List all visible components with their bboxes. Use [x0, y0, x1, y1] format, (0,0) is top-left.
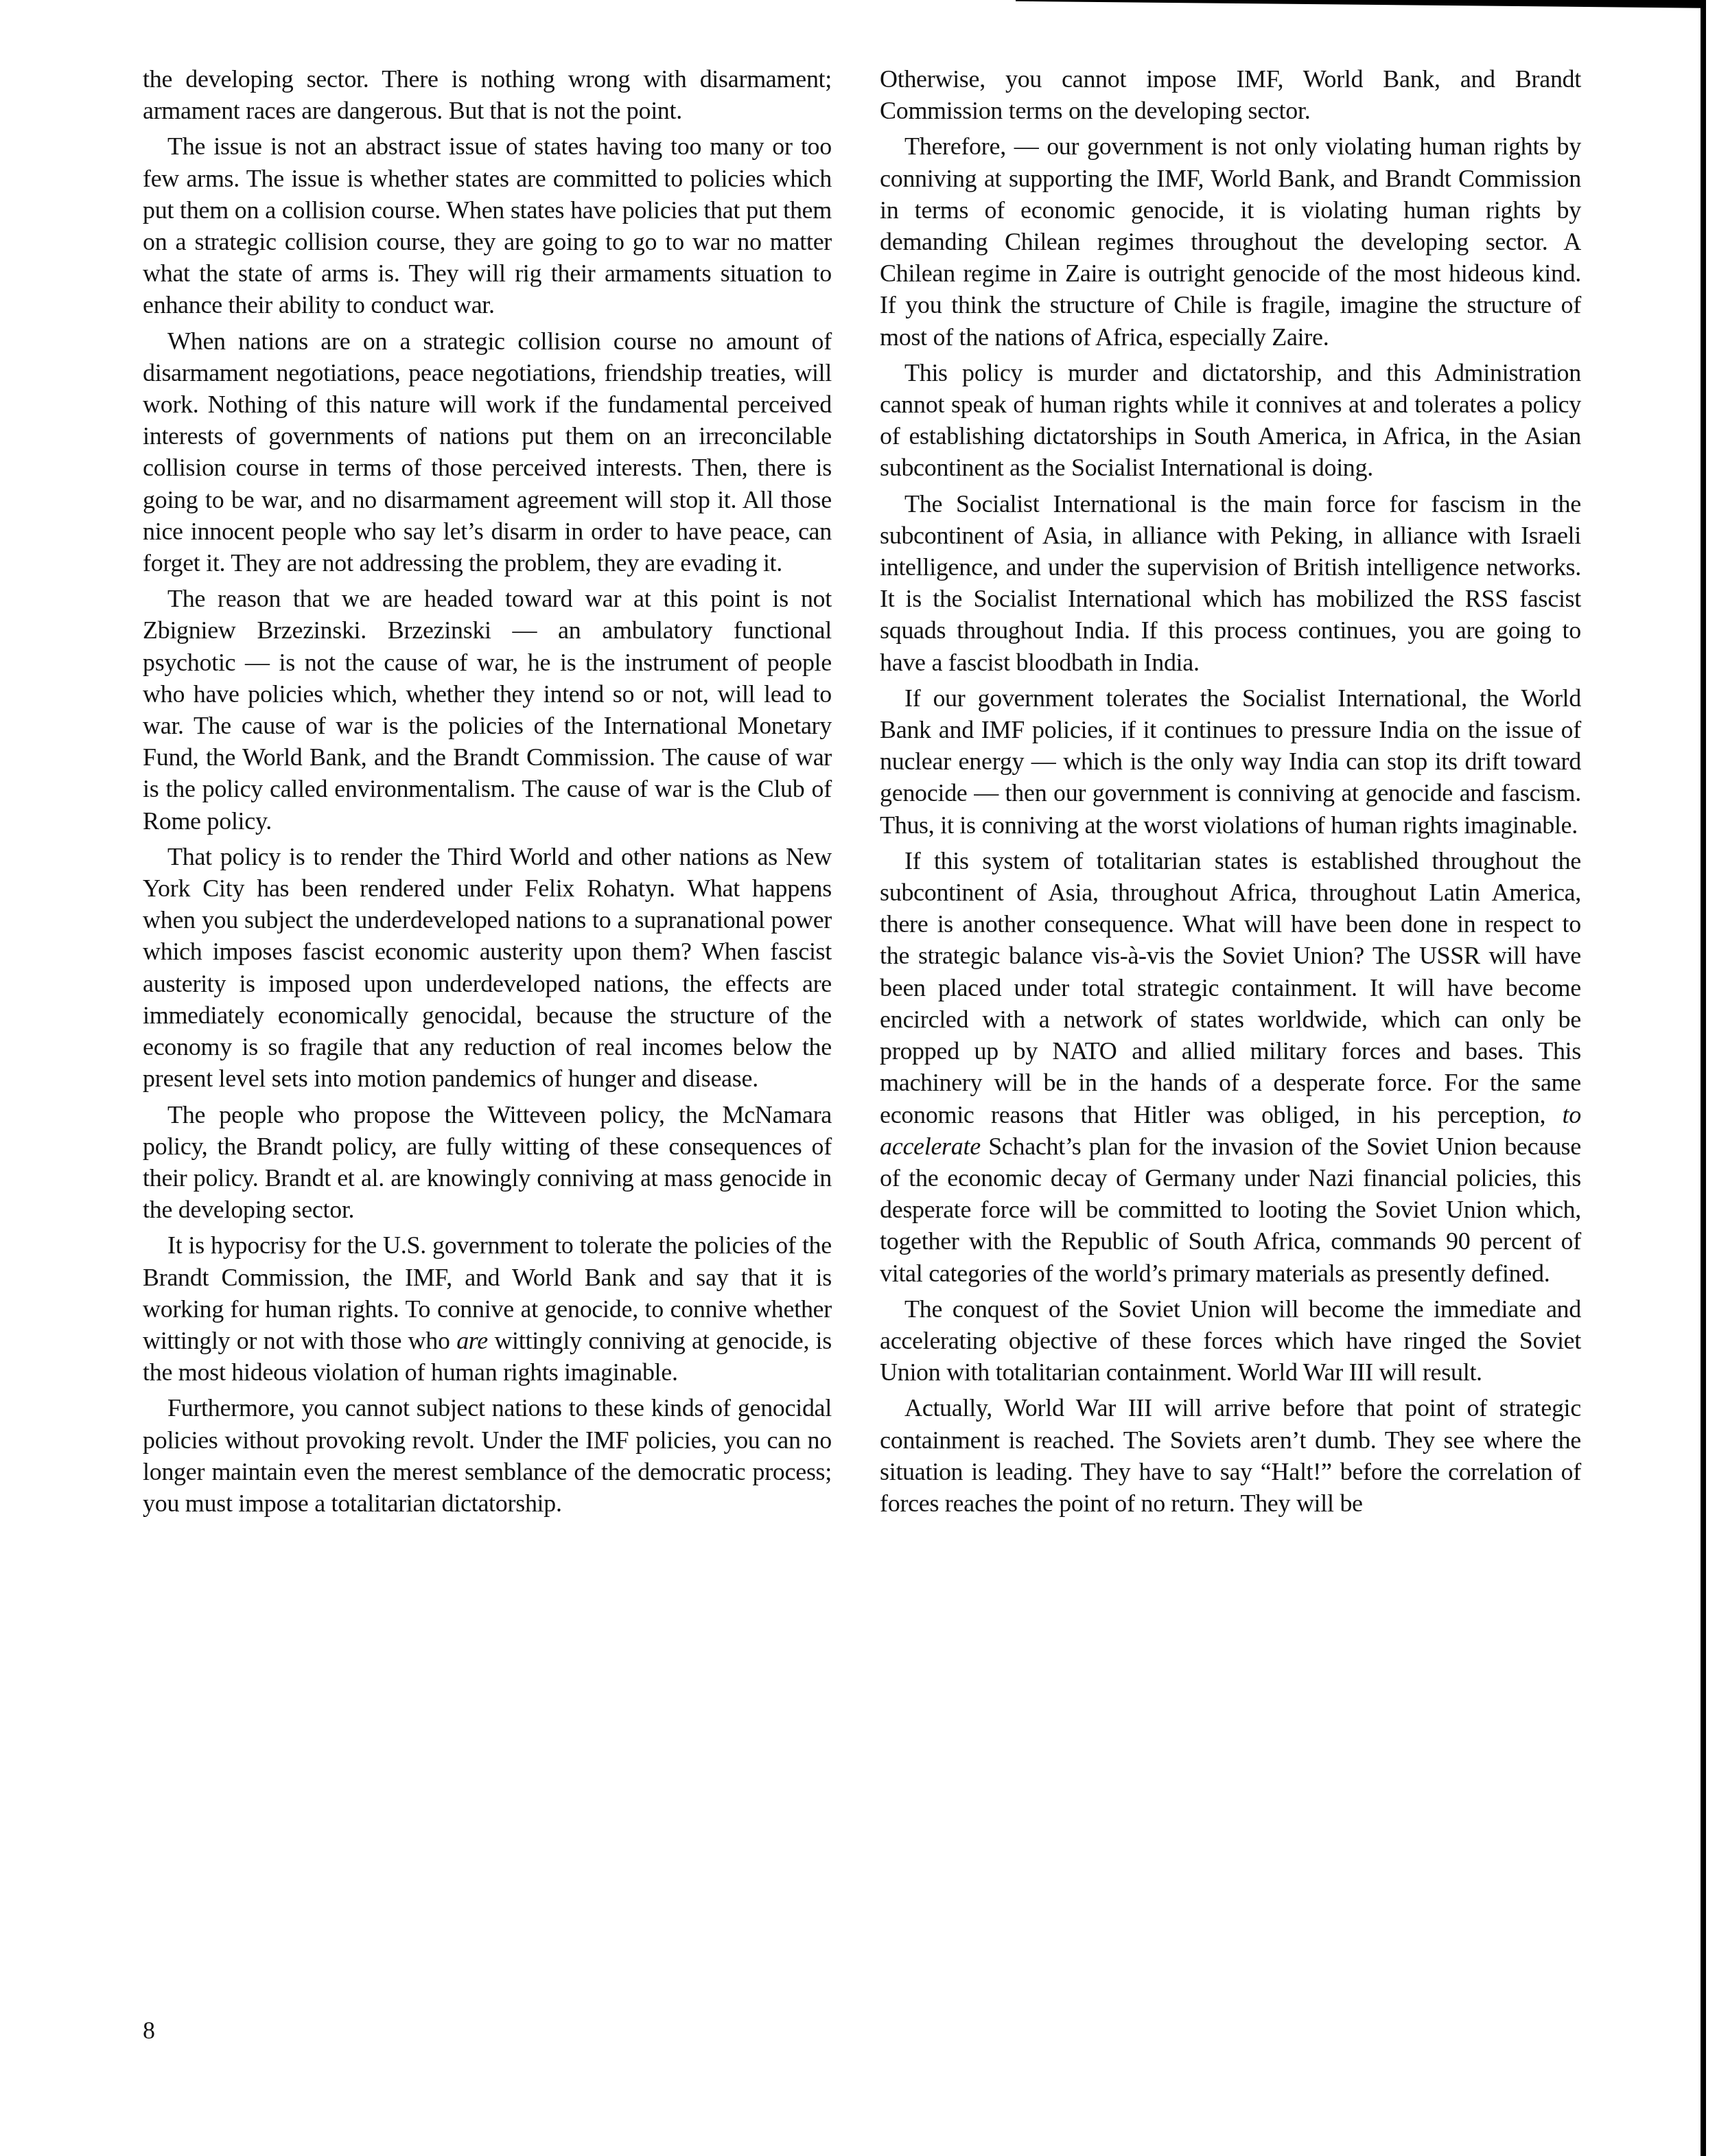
paragraph: The Socialist International is the main … [880, 488, 1581, 678]
paragraph: When nations are on a strategic collisio… [143, 325, 832, 579]
paragraph: The conquest of the Soviet Union will be… [880, 1293, 1581, 1389]
left-column: the developing sector. There is nothing … [143, 63, 832, 1523]
scan-margin-right [1706, 0, 1717, 2156]
paragraph: It is hypocrisy for the U.S. government … [143, 1229, 832, 1388]
paragraph: The issue is not an abstract issue of st… [143, 130, 832, 321]
right-column: Otherwise, you cannot impose IMF, World … [880, 63, 1581, 1523]
paragraph: The reason that we are headed toward war… [143, 583, 832, 837]
scan-border-right [1701, 0, 1706, 2156]
paragraph: Actually, World War III will arrive befo… [880, 1392, 1581, 1519]
paragraph: If this system of totalitarian states is… [880, 845, 1581, 1289]
paragraph: If our government tolerates the Socialis… [880, 682, 1581, 841]
paragraph: The people who propose the Witteveen pol… [143, 1099, 832, 1226]
paragraph-text: Schacht’s plan for the invasion of the S… [880, 1133, 1581, 1287]
scan-border-top [1016, 0, 1717, 8]
paragraph-text: If this system of totalitarian states is… [880, 847, 1581, 1128]
emphasis-text: are [456, 1327, 488, 1354]
paragraph: Furthermore, you cannot subject nations … [143, 1392, 832, 1519]
page-number: 8 [143, 2017, 155, 2044]
paragraph: Therefore, — our government is not only … [880, 130, 1581, 352]
paragraph: This policy is murder and dictatorship, … [880, 357, 1581, 484]
paragraph: Otherwise, you cannot impose IMF, World … [880, 63, 1581, 126]
paragraph: the developing sector. There is nothing … [143, 63, 832, 126]
paragraph: That policy is to render the Third World… [143, 841, 832, 1095]
